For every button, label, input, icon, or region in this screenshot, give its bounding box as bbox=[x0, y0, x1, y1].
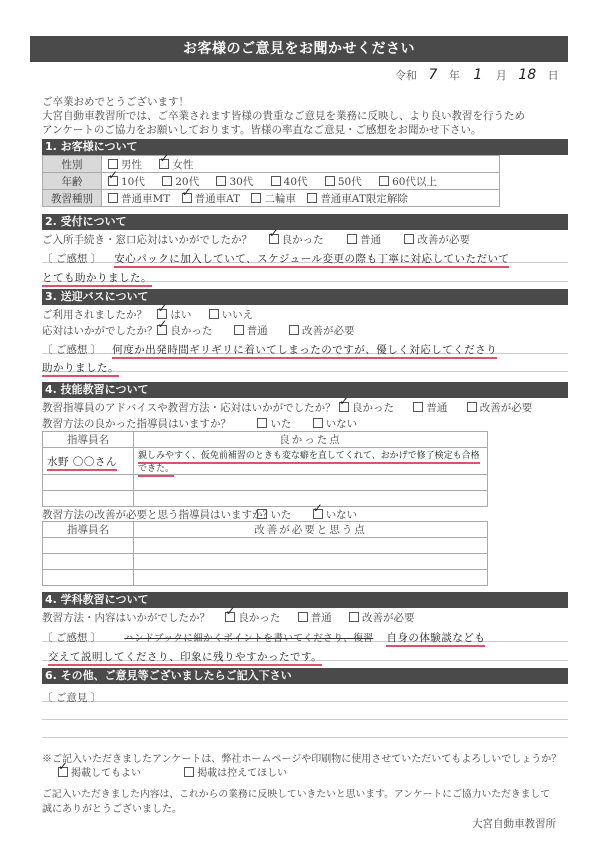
age-30s-option[interactable]: 30代 bbox=[216, 174, 253, 189]
intro-line-2: 大宮自動車教習所では、ご卒業されます皆様の貴重なご意見を業務に反映し、より良い教… bbox=[42, 109, 525, 123]
good-instructor-question: 教習方法の良かった指導員はいますか？ bbox=[42, 416, 254, 431]
section-4-header: 4. 技能教習について bbox=[42, 382, 568, 398]
permission-deny-option[interactable]: 掲載は控えてほしい bbox=[184, 764, 287, 779]
bus-good-option[interactable]: 良かった bbox=[157, 323, 212, 338]
era-label: 令和 bbox=[395, 67, 417, 83]
permission-question: ※ご記入いただきましたアンケートは、弊社ホームページや印刷物に使用させていただい… bbox=[42, 750, 561, 765]
thanks-line-1: ご記入いただきました内容は、これからの業務に反映していきたいと思います。アンケー… bbox=[42, 786, 550, 800]
checkbox-bus-good[interactable] bbox=[157, 325, 167, 335]
instructor-name-header: 指導員名 bbox=[43, 432, 134, 448]
good-instructor-yes-option[interactable]: いた bbox=[257, 416, 291, 431]
reception-question: ご入所手続き・窓口応対はいかがでしたか？ bbox=[42, 234, 252, 246]
bus-service-question: 応対はいかがでしたか？ bbox=[42, 323, 154, 338]
reception-question-row: ご入所手続き・窓口応対はいかがでしたか？ 良かった 普通 改善が必要 bbox=[42, 232, 484, 247]
lecture-comment-line-2[interactable]: 交えて説明してくださり、印象に残りやすかったです。 bbox=[42, 645, 568, 661]
table-row bbox=[43, 475, 488, 491]
reception-comment-line-2[interactable]: とても助かりました。 bbox=[42, 266, 568, 282]
instructor-name-cell[interactable] bbox=[43, 538, 134, 554]
reception-improve-option[interactable]: 改善が必要 bbox=[404, 232, 470, 247]
signature: 大宮自動車教習所 bbox=[472, 816, 556, 831]
improve-points-cell[interactable] bbox=[134, 554, 488, 570]
survey-title: お客様のご意見をお聞かせください bbox=[30, 36, 568, 62]
instructor-name-cell[interactable] bbox=[43, 570, 134, 586]
skill-advice-row: 教習指導員のアドバイスや教習方法・応対はいかがでしたか？ 良かった 普通 改善が… bbox=[42, 400, 546, 415]
section-5-header: 4. 学科教習について bbox=[42, 592, 568, 608]
good-instructor-table: 指導員名 良かった点 水野 〇〇さん 親しみやすく、仮免前補習のときも変な癖を直… bbox=[42, 431, 488, 507]
checkbox-30s[interactable] bbox=[216, 176, 226, 186]
opinion-label: 〔 ご意見 〕 bbox=[42, 692, 101, 704]
table-row bbox=[43, 538, 488, 554]
checkbox-60s[interactable] bbox=[379, 176, 389, 186]
gender-female-option[interactable]: 女性 bbox=[159, 157, 193, 172]
skill-advice-question: 教習指導員のアドバイスや教習方法・応対はいかがでしたか？ bbox=[42, 402, 336, 414]
course-at-removal-option[interactable]: 普通車AT限定解除 bbox=[307, 191, 408, 206]
checkbox-lecture-good[interactable] bbox=[225, 612, 235, 622]
course-at-option[interactable]: 普通車AT bbox=[182, 191, 241, 206]
thanks-line-2: 誠にありがとうございました。 bbox=[42, 800, 182, 815]
permission-allow-option[interactable]: 掲載してもよい bbox=[58, 764, 141, 779]
skill-improve-option[interactable]: 改善が必要 bbox=[467, 400, 533, 415]
checkbox-permission-allow[interactable] bbox=[58, 767, 68, 777]
day-value[interactable]: 18 bbox=[518, 67, 536, 83]
good-points-cell: 親しみやすく、仮免前補習のときも変な癖を直してくれて、おかげで修了検定も合格でき… bbox=[138, 451, 480, 477]
good-points-cell[interactable] bbox=[134, 475, 488, 491]
section-3-header: 3. 送迎バスについて bbox=[42, 289, 568, 305]
bus-comment-line-1[interactable]: 〔 ご感想 〕 何度か出発時間ギリギリに着いてしまったのですが、優しく対応してく… bbox=[42, 338, 568, 354]
checkbox-motorcycle[interactable] bbox=[251, 193, 261, 203]
year-label: 年 bbox=[449, 67, 460, 83]
bad-instructor-question: 教習方法の改善が必要と思う指導員はいますか？ bbox=[42, 507, 254, 522]
gender-label: 性別 bbox=[43, 156, 102, 173]
checkbox-at-removal[interactable] bbox=[307, 193, 317, 203]
lecture-question: 教習方法・内容はいかがでしたか？ bbox=[42, 610, 222, 625]
improve-points-cell[interactable] bbox=[134, 538, 488, 554]
section-1-header: 1. お客様について bbox=[42, 139, 568, 155]
comment-label: 〔 ご感想 〕 bbox=[42, 253, 101, 265]
bad-instructor-row: 教習方法の改善が必要と思う指導員はいますか？ いた いない bbox=[42, 507, 371, 522]
year-value[interactable]: 7 bbox=[429, 67, 438, 83]
lecture-improve-option[interactable]: 改善が必要 bbox=[349, 610, 415, 625]
course-type-row: 教習種別 普通車MT 普通車AT 二輪車 普通車AT限定解除 bbox=[43, 190, 500, 207]
age-row: 年齢 10代 20代 30代 40代 50代 60代以上 bbox=[43, 173, 500, 190]
section-2-header: 2. 受付について bbox=[42, 214, 568, 230]
intro-line-3: アンケートのご協力をお願いしております。皆様の率直なご意見・ご感想をお聞かせ下さ… bbox=[42, 123, 525, 137]
opinion-line-1[interactable]: 〔 ご意見 〕 bbox=[42, 686, 568, 702]
checkbox-reception-normal[interactable] bbox=[347, 234, 357, 244]
bad-instructor-table: 指導員名 改善が必要と思う点 bbox=[42, 521, 488, 586]
age-40s-option[interactable]: 40代 bbox=[271, 174, 308, 189]
month-label: 月 bbox=[496, 67, 507, 83]
good-instructor-no-option[interactable]: いない bbox=[313, 416, 358, 431]
reception-good-option[interactable]: 良かった bbox=[269, 232, 324, 247]
lecture-comment-line-1[interactable]: 〔 ご感想 〕 ハンドブックに細かくポイントを書いてくださり、復習 自身の体験談… bbox=[42, 626, 568, 642]
comment-label: 〔 ご感想 〕 bbox=[42, 344, 101, 356]
checkbox-at[interactable] bbox=[182, 193, 192, 203]
reception-normal-option[interactable]: 普通 bbox=[347, 232, 381, 247]
table-row bbox=[43, 491, 488, 507]
comment-label: 〔 ご感想 〕 bbox=[42, 632, 101, 644]
reception-comment-text-2: とても助かりました。 bbox=[42, 272, 152, 287]
bus-no-option[interactable]: いいえ bbox=[209, 307, 254, 322]
checkbox-bad-yes[interactable] bbox=[257, 509, 267, 519]
checkbox-female[interactable] bbox=[159, 159, 169, 169]
checkbox-bus-normal[interactable] bbox=[234, 325, 244, 335]
checkbox-reception-good[interactable] bbox=[269, 234, 279, 244]
improve-points-cell[interactable] bbox=[134, 570, 488, 586]
opinion-line-2[interactable] bbox=[42, 704, 568, 720]
bad-instructor-no-option[interactable]: いない bbox=[313, 507, 358, 522]
bus-usage-question: ご利用されましたか？ bbox=[42, 307, 154, 322]
checkbox-permission-deny[interactable] bbox=[184, 767, 194, 777]
reception-comment-line-1[interactable]: 〔 ご感想 〕 安心パックに加入していて、スケジュール変更の際も丁寧に対応してい… bbox=[42, 247, 568, 263]
course-type-label: 教習種別 bbox=[43, 190, 102, 207]
course-mt-option[interactable]: 普通車MT bbox=[108, 191, 170, 206]
checkbox-good-yes[interactable] bbox=[257, 418, 267, 428]
bus-service-row: 応対はいかがでしたか？ 良かった 普通 改善が必要 bbox=[42, 323, 369, 338]
course-motorcycle-option[interactable]: 二輪車 bbox=[251, 191, 296, 206]
instructor-name-cell[interactable] bbox=[43, 554, 134, 570]
checkbox-20s[interactable] bbox=[162, 176, 172, 186]
instructor-name-cell: 水野 〇〇さん bbox=[47, 456, 117, 471]
age-10s-option[interactable]: 10代 bbox=[108, 174, 145, 189]
intro-line-1: ご卒業おめでとうございます！ bbox=[42, 95, 525, 109]
bus-usage-row: ご利用されましたか？ はい いいえ bbox=[42, 307, 267, 322]
checkbox-good-no[interactable] bbox=[313, 418, 323, 428]
age-50s-option[interactable]: 50代 bbox=[325, 174, 362, 189]
table-header-row: 指導員名 良かった点 bbox=[43, 432, 488, 448]
good-instructor-row: 教習方法の良かった指導員はいますか？ いた いない bbox=[42, 416, 371, 431]
intro-text: ご卒業おめでとうございます！ 大宮自動車教習所では、ご卒業されます皆様の貴重なご… bbox=[42, 95, 525, 137]
checkbox-skill-improve[interactable] bbox=[467, 402, 477, 412]
age-60s-option[interactable]: 60代以上 bbox=[379, 174, 437, 189]
lecture-good-option[interactable]: 良かった bbox=[225, 610, 280, 625]
checkbox-skill-normal[interactable] bbox=[413, 402, 423, 412]
lecture-question-row: 教習方法・内容はいかがでしたか？ 良かった 普通 改善が必要 bbox=[42, 610, 429, 625]
checkbox-10s[interactable] bbox=[108, 176, 118, 186]
opinion-line-3[interactable] bbox=[42, 722, 568, 738]
checkbox-bad-no[interactable] bbox=[313, 509, 323, 519]
section-6-header: 6. その他、ご意見等ございましたらご記入下さい bbox=[42, 668, 568, 684]
bad-instructor-yes-option[interactable]: いた bbox=[257, 507, 291, 522]
good-points-cell[interactable] bbox=[134, 491, 488, 507]
checkbox-bus-improve[interactable] bbox=[289, 325, 299, 335]
checkbox-lecture-improve[interactable] bbox=[349, 612, 359, 622]
bus-comment-line-2[interactable]: 助かりました。 bbox=[42, 356, 568, 372]
lecture-comment-struck: ハンドブックに細かくポイントを書いてくださり、復習 bbox=[124, 633, 373, 644]
age-label: 年齢 bbox=[43, 173, 102, 190]
bus-improve-option[interactable]: 改善が必要 bbox=[289, 323, 355, 338]
day-label: 日 bbox=[548, 67, 559, 83]
table-row bbox=[43, 570, 488, 586]
customer-info-table: 性別 男性 女性 年齢 10代 20代 30代 40代 50代 60代以上 教習… bbox=[42, 155, 500, 207]
skill-normal-option[interactable]: 普通 bbox=[413, 400, 447, 415]
table-row: 水野 〇〇さん 親しみやすく、仮免前補習のときも変な癖を直してくれて、おかげで修… bbox=[43, 448, 488, 475]
skill-good-option[interactable]: 良かった bbox=[339, 400, 394, 415]
table-header-row: 指導員名 改善が必要と思う点 bbox=[43, 522, 488, 538]
instructor-name-cell[interactable] bbox=[43, 475, 134, 491]
instructor-name-header: 指導員名 bbox=[43, 522, 134, 538]
instructor-name-cell[interactable] bbox=[43, 491, 134, 507]
checkbox-reception-improve[interactable] bbox=[404, 234, 414, 244]
lecture-comment-text-2: 交えて説明してくださり、印象に残りやすかったです。 bbox=[48, 651, 322, 666]
improve-points-header: 改善が必要と思う点 bbox=[134, 522, 488, 538]
bus-comment-text-2: 助かりました。 bbox=[42, 362, 119, 377]
permission-options: 掲載してもよい 掲載は控えてほしい bbox=[58, 764, 301, 779]
month-value[interactable]: 1 bbox=[473, 67, 482, 83]
bus-normal-option[interactable]: 普通 bbox=[234, 323, 268, 338]
lecture-normal-option[interactable]: 普通 bbox=[298, 610, 332, 625]
date-row: 令和 7 年 1 月 18 日 bbox=[395, 67, 570, 83]
good-points-header: 良かった点 bbox=[134, 432, 488, 448]
table-row bbox=[43, 554, 488, 570]
checkbox-40s[interactable] bbox=[271, 176, 281, 186]
checkbox-50s[interactable] bbox=[325, 176, 335, 186]
checkbox-mt[interactable] bbox=[108, 193, 118, 203]
checkbox-skill-good[interactable] bbox=[339, 402, 349, 412]
checkbox-lecture-normal[interactable] bbox=[298, 612, 308, 622]
checkbox-bus-no[interactable] bbox=[209, 309, 219, 319]
